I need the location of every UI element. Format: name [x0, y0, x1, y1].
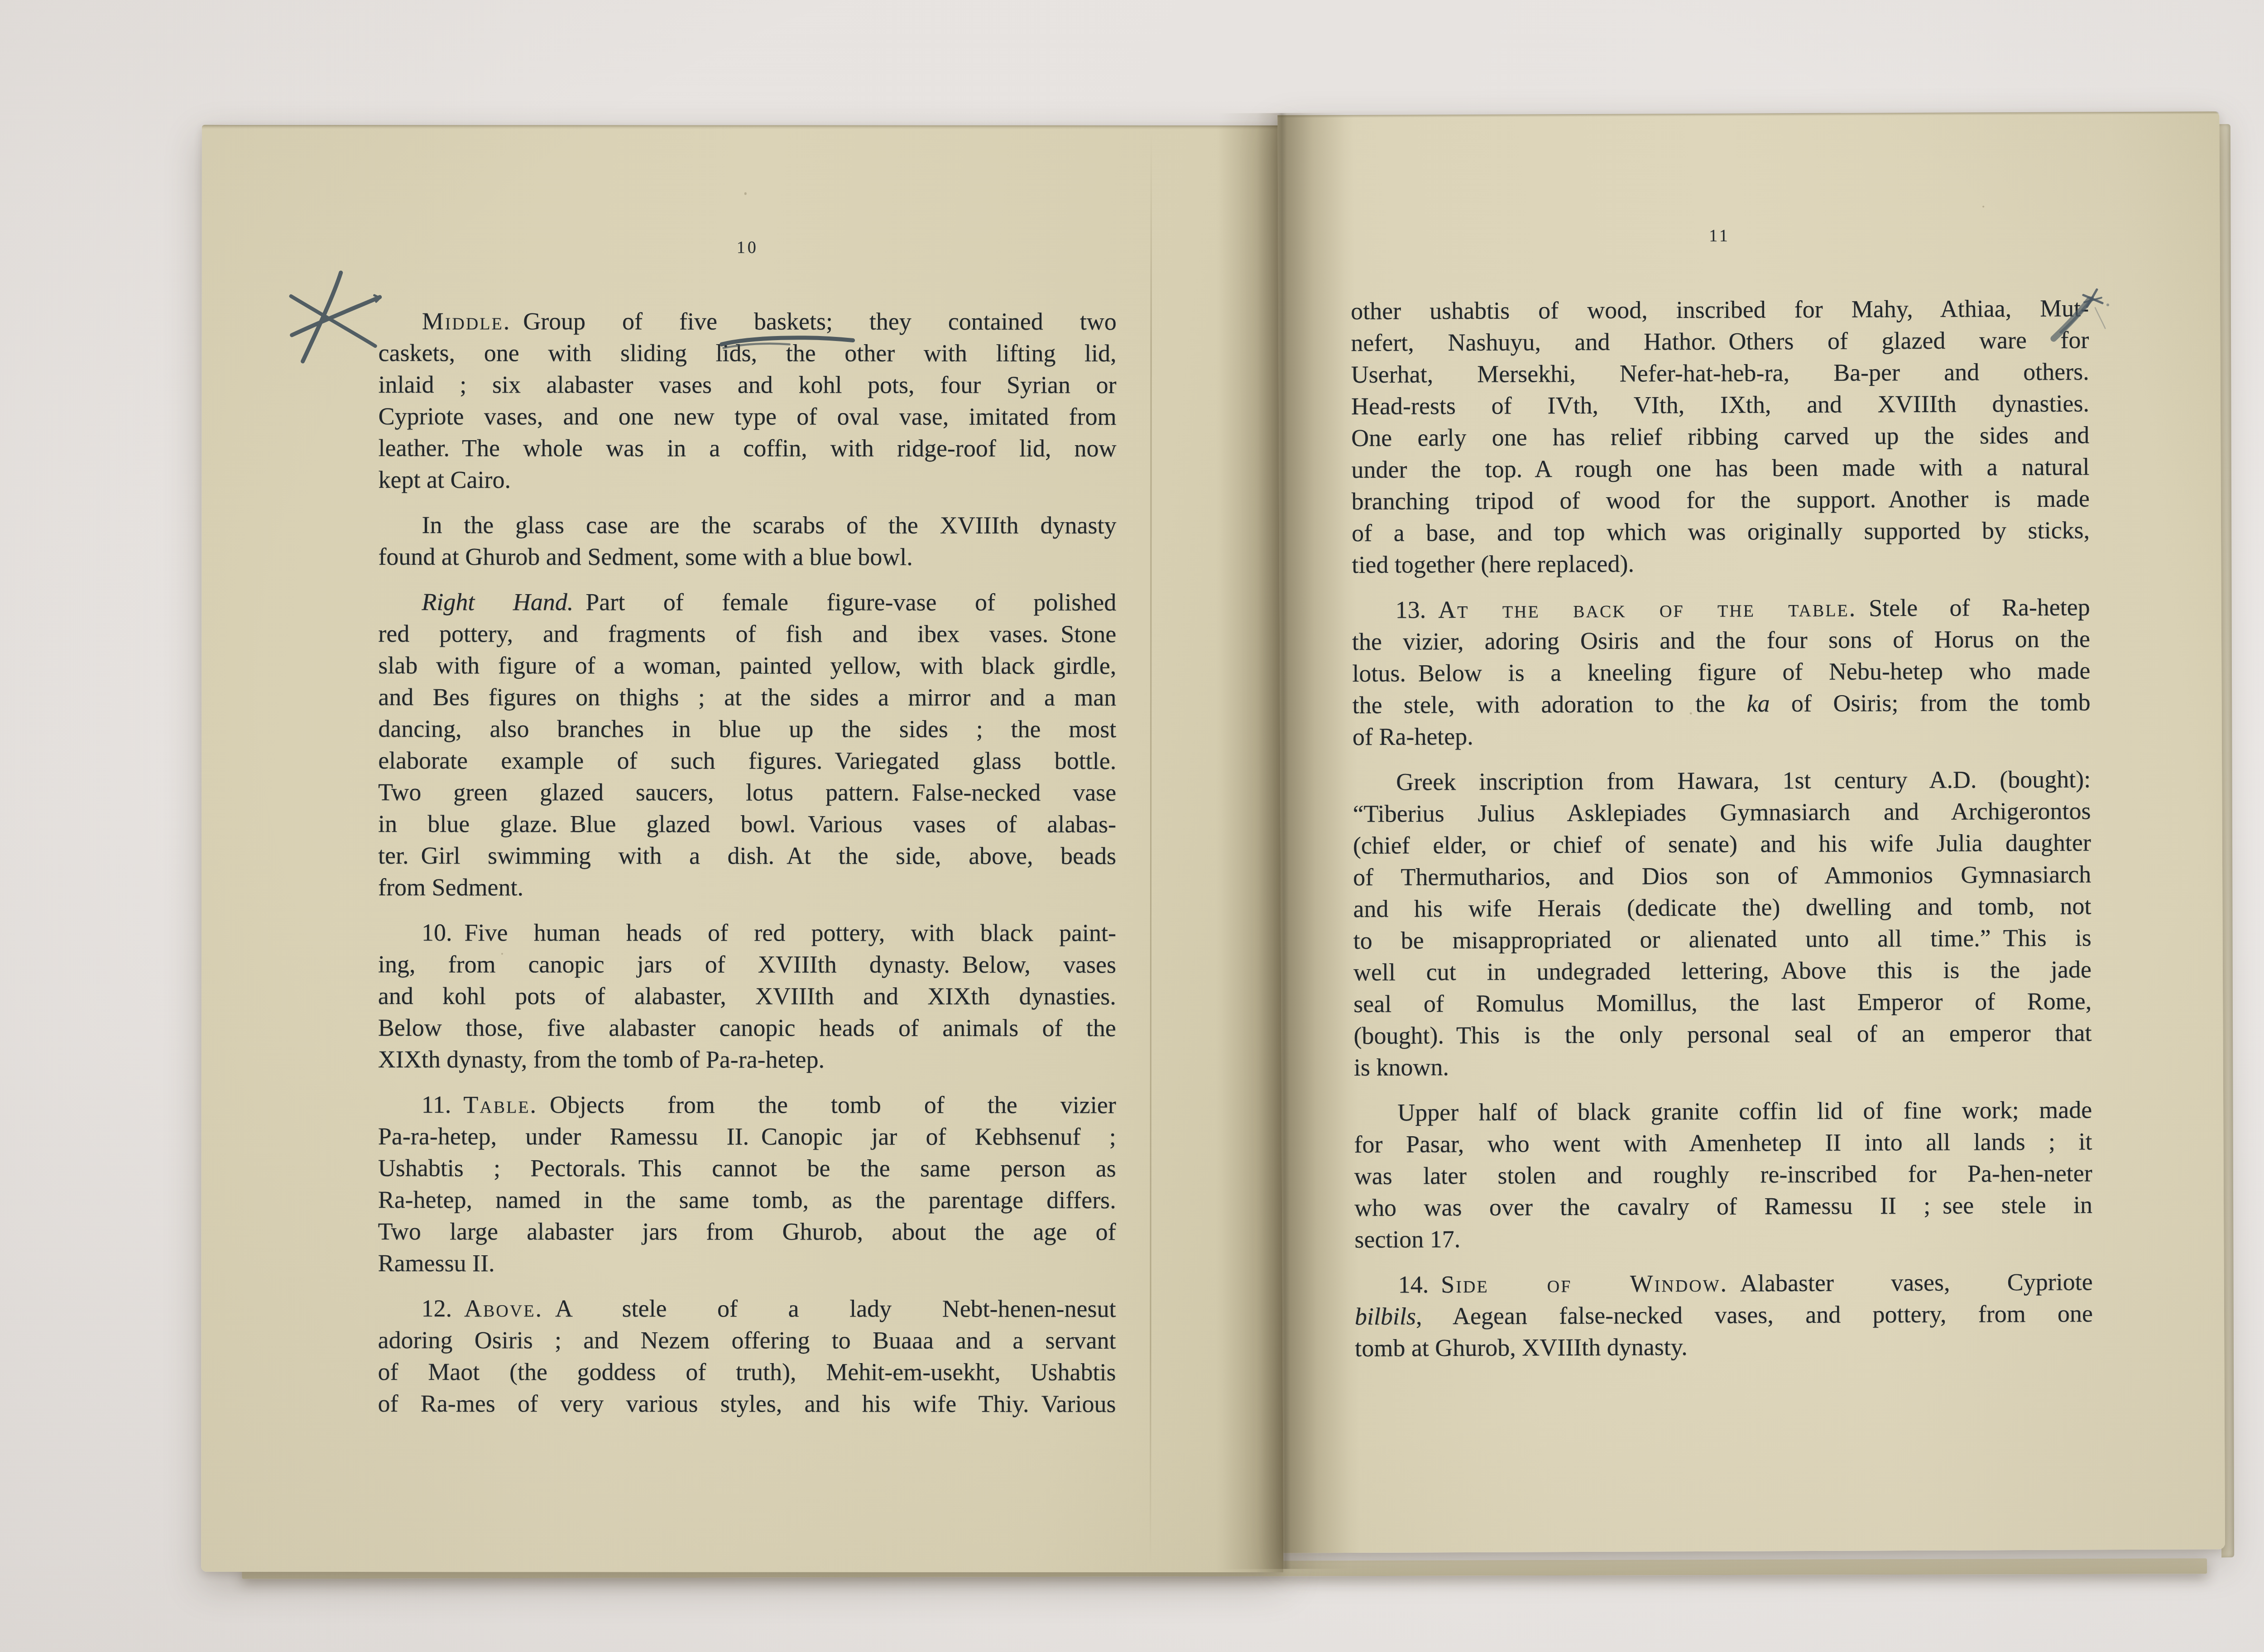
text-run: Cypriote vases, and one new type of oval…: [379, 403, 1117, 430]
text-run: XIXth dynasty, from the tomb of Pa-ra-he…: [378, 1046, 825, 1073]
gutter-crease: [1150, 131, 1152, 1567]
paper-speck: [1982, 206, 1984, 207]
text-run: seal of Romulus Momillus, the last Emper…: [1353, 987, 2091, 1018]
text-run: Ra-hetep, named in the same tomb, as the…: [378, 1186, 1116, 1214]
text-run: is known.: [1354, 1053, 1449, 1081]
text-run: (chief elder, or chief of senate) and hi…: [1353, 829, 2091, 859]
text-line: of Thermutharios, and Dios son of Ammoni…: [1353, 858, 2091, 893]
text-run: Part of female figure-vase of polished: [573, 588, 1116, 616]
text-line: Middle. Group of five baskets; they cont…: [379, 305, 1117, 337]
text-run: Stele of Ra-hetep: [1856, 593, 2090, 621]
text-line: adoring Osiris ; and Nezem offering to B…: [378, 1324, 1116, 1356]
italic-text: ka: [1746, 690, 1770, 717]
italic-text: Right Hand.: [422, 588, 573, 615]
text-line: Right Hand. Part of female figure-vase o…: [378, 586, 1116, 618]
text-run: Two large alabaster jars from Ghurob, ab…: [378, 1218, 1116, 1245]
page-body: Middle. Group of five baskets; they cont…: [378, 305, 1116, 1433]
text-run: to be misappropriated or alienated unto …: [1353, 924, 2091, 954]
text-run: who was over the cavalry of Ramessu II ;…: [1354, 1191, 2092, 1221]
text-run: ing, from canopic jars of XVIIIth dynast…: [378, 951, 1116, 978]
text-run: ter. Girl swimming with a dish. At the s…: [378, 842, 1116, 869]
text-run: slab with figure of a woman, painted yel…: [378, 652, 1116, 679]
text-run: of Ra-hetep.: [1353, 723, 1473, 750]
paper-speck: [744, 192, 747, 195]
text-line: was later stolen and roughly re-inscribe…: [1354, 1157, 2092, 1192]
small-caps-text: Middle.: [422, 307, 511, 335]
text-run: lotus. Below is a kneeling figure of Neb…: [1352, 657, 2090, 687]
text-run: A stele of a lady Nebt-henen-nesut: [543, 1295, 1116, 1322]
paper-speck: [1690, 712, 1692, 715]
text-run: inlaid ; six alabaster vases and kohl po…: [379, 371, 1117, 399]
photo-surface: 10 Middle. Group of five baskets; they c…: [0, 0, 2264, 1652]
text-run: dancing, also branches in blue up the si…: [378, 715, 1116, 743]
text-line: lotus. Below is a kneeling figure of Neb…: [1352, 654, 2090, 689]
text-line: section 17.: [1354, 1220, 2092, 1255]
text-line: Below those, five alabaster canopic head…: [378, 1012, 1116, 1044]
text-run: Group of five baskets; they contained tw…: [511, 307, 1117, 335]
text-run: nefert, Nashuyu, and Hathor. Others of g…: [1351, 326, 2089, 356]
text-line: of a base, and top which was originally …: [1352, 514, 2090, 549]
small-caps-text: Above.: [464, 1295, 543, 1322]
text-line: branching tripod of wood for the support…: [1352, 482, 2090, 517]
small-caps-text: Side of Window.: [1441, 1270, 1728, 1298]
text-run: , Aegean false-necked vases, and pottery…: [1416, 1300, 2093, 1330]
text-line: One early one has relief ribbing carved …: [1351, 419, 2089, 454]
text-line: caskets, one with sliding lids, the othe…: [379, 337, 1117, 369]
italic-text: bilbils: [1355, 1302, 1416, 1330]
paragraph: Right Hand. Part of female figure-vase o…: [378, 586, 1116, 903]
small-caps-text: Table.: [463, 1091, 537, 1118]
text-line: XIXth dynasty, from the tomb of Pa-ra-he…: [378, 1043, 1116, 1076]
text-line: of Maot (the goddess of truth), Mehit-em…: [378, 1356, 1116, 1388]
page-body: other ushabtis of wood, inscribed for Ma…: [1351, 292, 2093, 1378]
text-run: 10. Five human heads of red pottery, wit…: [422, 919, 1116, 946]
text-run: 11.: [422, 1091, 464, 1118]
text-line: tomb at Ghurob, XVIIIth dynasty.: [1355, 1329, 2093, 1364]
text-line: red pottery, and fragments of fish and i…: [378, 618, 1116, 650]
text-line: ing, from canopic jars of XVIIIth dynast…: [378, 948, 1116, 980]
text-run: Pa-ra-hetep, under Ramessu II. Canopic j…: [378, 1123, 1116, 1150]
text-run: of Ra-mes of very various styles, and hi…: [378, 1390, 1116, 1417]
text-run: “Tiberius Julius Asklepiades Gymnasiarch…: [1353, 797, 2091, 827]
paragraph: 14. Side of Window. Alabaster vases, Cyp…: [1355, 1266, 2093, 1364]
text-line: leather. The whole was in a coffin, with…: [378, 432, 1116, 464]
text-run: and Bes figures on thighs ; at the sides…: [378, 683, 1116, 711]
text-run: 12.: [422, 1295, 465, 1322]
pencil-star-mark: [286, 270, 385, 365]
text-run: section 17.: [1354, 1225, 1460, 1253]
text-run: Head-rests of IVth, VIth, IXth, and XVII…: [1351, 389, 2089, 420]
text-run: Ramessu II.: [378, 1249, 495, 1277]
text-run: of a base, and top which was originally …: [1352, 516, 2090, 547]
text-line: 13. At the back of the table. Stele of R…: [1352, 591, 2090, 626]
text-line: the vizier, adoring Osiris and the four …: [1352, 623, 2090, 658]
text-line: the stele, with adoration to the ka of O…: [1352, 686, 2090, 721]
text-line: of Ra-hetep.: [1353, 718, 2091, 753]
text-run: kept at Cairo.: [378, 466, 510, 493]
text-run: tomb at Ghurob, XVIIIth dynasty.: [1355, 1333, 1688, 1362]
page-right: 11 other ushabtis of wood, inscribed for…: [1277, 111, 2225, 1553]
text-line: from Sedment.: [378, 871, 1116, 903]
text-line: tied together (here replaced).: [1352, 546, 2090, 581]
text-run: for Pasar, who went with Amenhetep II in…: [1354, 1128, 2092, 1158]
text-line: kept at Cairo.: [378, 464, 1116, 496]
text-line: seal of Romulus Momillus, the last Emper…: [1353, 985, 2091, 1020]
text-line: Ramessu II.: [378, 1247, 1116, 1279]
text-run: tied together (here replaced).: [1352, 550, 1634, 578]
text-line: Upper half of black granite coffin lid o…: [1354, 1094, 2092, 1129]
text-run: Two green glazed saucers, lotus pattern.…: [378, 778, 1116, 806]
text-line: bilbils, Aegean false-necked vases, and …: [1355, 1297, 2093, 1332]
paragraph: 10. Five human heads of red pottery, wit…: [378, 917, 1116, 1076]
text-line: Cypriote vases, and one new type of oval…: [379, 400, 1117, 432]
text-line: in blue glaze. Blue glazed bowl. Various…: [378, 808, 1116, 840]
text-line: and his wife Herais (dedicate the) dwell…: [1353, 890, 2091, 925]
text-line: slab with figure of a woman, painted yel…: [378, 649, 1116, 682]
text-run: Upper half of black granite coffin lid o…: [1397, 1096, 2092, 1126]
text-run: was later stolen and roughly re-inscribe…: [1354, 1159, 2092, 1190]
text-run: Userhat, Mersekhi, Nefer-hat-heb-ra, Ba-…: [1351, 358, 2089, 388]
text-line: 12. Above. A stele of a lady Nebt-henen-…: [378, 1292, 1116, 1325]
text-line: Greek inscription from Hawara, 1st centu…: [1353, 763, 2091, 798]
text-line: ter. Girl swimming with a dish. At the s…: [378, 840, 1116, 872]
text-line: and kohl pots of alabaster, XVIIIth and …: [378, 980, 1116, 1012]
text-run: Ushabtis ; Pectorals. This cannot be the…: [378, 1154, 1116, 1182]
text-run: caskets, one with sliding lids, the othe…: [379, 339, 1117, 367]
page-left: 10 Middle. Group of five baskets; they c…: [201, 125, 1284, 1572]
text-line: who was over the cavalry of Ramessu II ;…: [1354, 1189, 2092, 1224]
text-run: of Maot (the goddess of truth), Mehit-em…: [378, 1358, 1116, 1386]
text-run: from Sedment.: [378, 874, 523, 901]
text-line: “Tiberius Julius Asklepiades Gymnasiarch…: [1353, 795, 2091, 830]
text-run: red pottery, and fragments of fish and i…: [378, 620, 1116, 648]
text-run: well cut in undegraded lettering, Above …: [1353, 956, 2091, 986]
text-run: and kohl pots of alabaster, XVIIIth and …: [378, 982, 1116, 1010]
text-run: branching tripod of wood for the support…: [1352, 485, 2090, 515]
paper-speck: [501, 953, 503, 955]
text-run: Objects from the tomb of the vizier: [537, 1091, 1116, 1119]
text-run: under the top. A rough one has been made…: [1351, 453, 2089, 483]
text-run: 14.: [1398, 1271, 1441, 1298]
paragraph: 12. Above. A stele of a lady Nebt-henen-…: [378, 1292, 1116, 1420]
text-run: (bought). This is the only personal seal…: [1353, 1019, 2091, 1049]
text-line: Userhat, Mersekhi, Nefer-hat-heb-ra, Ba-…: [1351, 355, 2089, 390]
text-run: elaborate example of such figures. Varie…: [378, 747, 1116, 774]
text-line: to be misappropriated or alienated unto …: [1353, 922, 2091, 956]
text-line: Head-rests of IVth, VIth, IXth, and XVII…: [1351, 387, 2089, 422]
text-line: for Pasar, who went with Amenhetep II in…: [1354, 1125, 2092, 1160]
text-run: of Osiris; from the tomb: [1770, 688, 2090, 717]
text-line: Ra-hetep, named in the same tomb, as the…: [378, 1184, 1116, 1216]
text-line: 14. Side of Window. Alabaster vases, Cyp…: [1355, 1266, 2093, 1301]
text-line: found at Ghurob and Sedment, some with a…: [378, 541, 1116, 573]
small-caps-text: At the back of the table.: [1438, 594, 1856, 623]
text-line: In the glass case are the scarabs of the…: [378, 509, 1116, 541]
text-run: of Thermutharios, and Dios son of Ammoni…: [1353, 860, 2091, 891]
text-line: dancing, also branches in blue up the si…: [378, 713, 1116, 745]
page-number: 10: [379, 237, 1117, 258]
text-line: is known.: [1354, 1048, 2092, 1083]
text-run: found at Ghurob and Sedment, some with a…: [378, 543, 912, 571]
book-spread: 10 Middle. Group of five baskets; they c…: [197, 110, 2225, 1572]
text-run: Greek inscription from Hawara, 1st centu…: [1396, 765, 2091, 795]
text-line: Ushabtis ; Pectorals. This cannot be the…: [378, 1152, 1116, 1184]
text-run: the stele, with adoration to the: [1352, 690, 1746, 718]
text-line: nefert, Nashuyu, and Hathor. Others of g…: [1351, 324, 2089, 359]
text-line: of Ra-mes of very various styles, and hi…: [378, 1388, 1116, 1420]
text-run: One early one has relief ribbing carved …: [1351, 421, 2089, 451]
text-run: In the glass case are the scarabs of the…: [422, 511, 1116, 539]
text-line: Pa-ra-hetep, under Ramessu II. Canopic j…: [378, 1120, 1116, 1153]
paragraph: 11. Table. Objects from the tomb of the …: [378, 1089, 1116, 1279]
paragraph: Greek inscription from Hawara, 1st centu…: [1353, 763, 2092, 1083]
text-line: other ushabtis of wood, inscribed for Ma…: [1351, 292, 2089, 327]
text-line: 10. Five human heads of red pottery, wit…: [378, 917, 1116, 949]
text-line: under the top. A rough one has been made…: [1351, 451, 2089, 485]
text-run: other ushabtis of wood, inscribed for Ma…: [1351, 294, 2089, 325]
text-run: in blue glaze. Blue glazed bowl. Various…: [378, 810, 1116, 838]
paragraph: other ushabtis of wood, inscribed for Ma…: [1351, 292, 2090, 581]
page-number: 11: [1350, 224, 2088, 247]
text-line: and Bes figures on thighs ; at the sides…: [378, 681, 1116, 713]
text-run: leather. The whole was in a coffin, with…: [378, 434, 1116, 462]
text-line: (chief elder, or chief of senate) and hi…: [1353, 826, 2091, 861]
text-run: 13.: [1396, 596, 1439, 623]
paragraph: Upper half of black granite coffin lid o…: [1354, 1094, 2092, 1255]
text-line: Two green glazed saucers, lotus pattern.…: [378, 776, 1116, 808]
text-line: inlaid ; six alabaster vases and kohl po…: [379, 369, 1117, 401]
text-run: the vizier, adoring Osiris and the four …: [1352, 625, 2090, 655]
text-line: (bought). This is the only personal seal…: [1353, 1017, 2091, 1052]
text-line: Two large alabaster jars from Ghurob, ab…: [378, 1215, 1116, 1248]
text-run: adoring Osiris ; and Nezem offering to B…: [378, 1326, 1116, 1354]
text-line: 11. Table. Objects from the tomb of the …: [378, 1089, 1116, 1121]
paragraph: In the glass case are the scarabs of the…: [378, 509, 1116, 573]
text-run: Below those, five alabaster canopic head…: [378, 1014, 1116, 1042]
text-line: well cut in undegraded lettering, Above …: [1353, 953, 2091, 988]
text-run: Alabaster vases, Cypriote: [1728, 1268, 2093, 1297]
paragraph: Middle. Group of five baskets; they cont…: [378, 305, 1116, 496]
text-run: and his wife Herais (dedicate the) dwell…: [1353, 892, 2091, 922]
text-line: elaborate example of such figures. Varie…: [378, 744, 1116, 777]
paragraph: 13. At the back of the table. Stele of R…: [1352, 591, 2091, 753]
